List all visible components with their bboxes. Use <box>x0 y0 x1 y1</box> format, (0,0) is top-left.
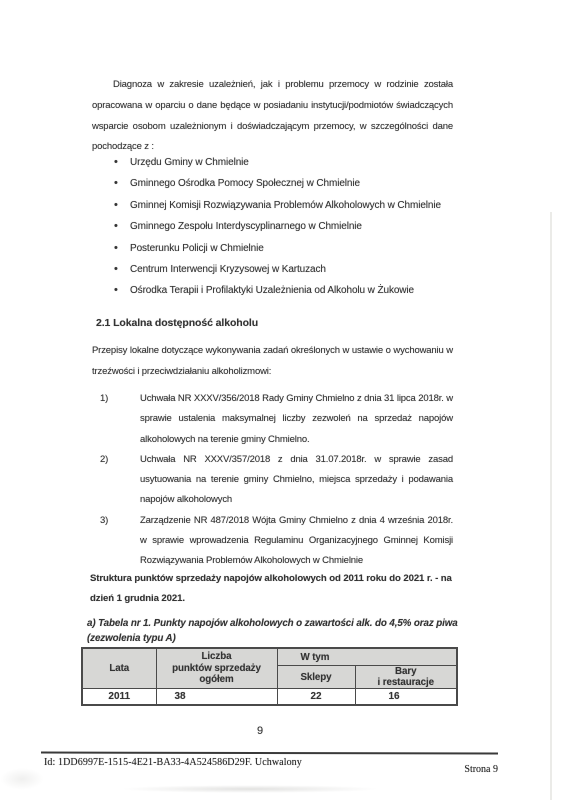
list-item: •Urzędu Gminy w Chmielnie <box>114 152 441 173</box>
document-page: Diagnoza w zakresie uzależnień, jak i pr… <box>0 0 565 800</box>
column-header-bary: Bary i restauracje <box>355 666 457 689</box>
list-item-text: Posterunku Policji w Chmielnie <box>130 243 264 254</box>
column-header-liczba: Liczba punktów sprzedaży ogółem <box>156 648 277 689</box>
bullet-icon: • <box>114 216 130 236</box>
table-header-row-1: Lata Liczba punktów sprzedaży ogółem W t… <box>82 648 457 666</box>
sales-points-table: Lata Liczba punktów sprzedaży ogółem W t… <box>81 647 458 706</box>
list-item-text: Centrum Interwencji Kryzysowej w Kartuza… <box>130 264 326 275</box>
regulation-text: Uchwała NR XXXV/357/2018 z dnia 31.07.20… <box>140 454 453 506</box>
list-item: •Centrum Interwencji Kryzysowej w Kartuz… <box>114 259 441 280</box>
footer-id-text: Id: 1DD6997E-1515-4E21-BA33-4A524586D29F… <box>44 757 302 768</box>
cell-sklepy: 22 <box>277 689 355 706</box>
regulation-text: Uchwała NR XXXV/356/2018 Rady Gminy Chmi… <box>140 393 453 445</box>
cell-lata: 2011 <box>82 689 156 706</box>
table-caption-line2: (zezwolenia typu A) <box>87 632 507 647</box>
column-header-sklepy: Sklepy <box>277 666 355 689</box>
list-item: •Gminnej Komisji Rozwiązywania Problemów… <box>114 195 441 216</box>
bullet-icon: • <box>114 238 130 258</box>
regulation-text: Zarządzenie NR 487/2018 Wójta Gminy Chmi… <box>140 515 453 567</box>
table-row: 2011 38 22 16 <box>82 689 457 706</box>
table-caption-line1: a) Tabela nr 1. Punkty napojów alkoholow… <box>87 617 507 632</box>
regulation-item: 1)Uchwała NR XXXV/356/2018 Rady Gminy Ch… <box>100 389 453 450</box>
structure-heading-line2: dzień 1 grudnia 2021. <box>90 589 490 609</box>
regulation-number: 3) <box>100 511 108 531</box>
bullet-icon: • <box>114 152 130 172</box>
list-item: •Gminnego Zespołu Interdyscyplinarnego w… <box>114 216 441 237</box>
regulation-number: 2) <box>100 450 108 470</box>
regulation-item: 2)Uchwała NR XXXV/357/2018 z dnia 31.07.… <box>100 450 453 511</box>
regulation-item: 3)Zarządzenie NR 487/2018 Wójta Gminy Ch… <box>100 511 453 572</box>
structure-heading: Struktura punktów sprzedaży napojów alko… <box>90 569 490 609</box>
list-item-text: Ośrodka Terapii i Profilaktyki Uzależnie… <box>130 285 414 296</box>
intro-paragraph: Diagnoza w zakresie uzależnień, jak i pr… <box>92 75 453 158</box>
regulations-intro: Przepisy lokalne dotyczące wykonywania z… <box>92 341 453 382</box>
cell-bary: 16 <box>355 689 457 706</box>
column-header-wtym: W tym <box>277 648 457 666</box>
source-list: •Urzędu Gminy w Chmielnie •Gminnego Ośro… <box>114 152 441 302</box>
structure-heading-line1: Struktura punktów sprzedaży napojów alko… <box>90 569 490 589</box>
table-caption: a) Tabela nr 1. Punkty napojów alkoholow… <box>87 617 507 646</box>
page-number: 9 <box>72 725 448 737</box>
section-heading: 2.1 Lokalna dostępność alkoholu <box>96 317 258 329</box>
list-item-text: Gminnego Zespołu Interdyscyplinarnego w … <box>130 221 362 232</box>
regulation-list: 1)Uchwała NR XXXV/356/2018 Rady Gminy Ch… <box>100 389 453 572</box>
bullet-icon: • <box>114 195 130 215</box>
scan-artifact-smudge <box>0 768 44 790</box>
column-header-lata: Lata <box>82 648 156 689</box>
list-item-text: Gminnego Ośrodka Pomocy Społecznej w Chm… <box>130 178 360 189</box>
scan-artifact-line <box>550 212 552 800</box>
bullet-icon: • <box>114 259 130 279</box>
list-item: •Gminnego Ośrodka Pomocy Społecznej w Ch… <box>114 173 441 194</box>
footer-page-label: Strona 9 <box>398 764 498 775</box>
list-item-text: Gminnej Komisji Rozwiązywania Problemów … <box>130 200 441 211</box>
bullet-icon: • <box>114 280 130 300</box>
scan-artifact-smudge <box>120 785 380 793</box>
cell-liczba: 38 <box>156 689 277 706</box>
bullet-icon: • <box>114 173 130 193</box>
regulation-number: 1) <box>100 389 108 409</box>
list-item: •Ośrodka Terapii i Profilaktyki Uzależni… <box>114 280 441 301</box>
list-item-text: Urzędu Gminy w Chmielnie <box>130 157 249 168</box>
list-item: •Posterunku Policji w Chmielnie <box>114 238 441 259</box>
footer-divider <box>41 752 498 755</box>
